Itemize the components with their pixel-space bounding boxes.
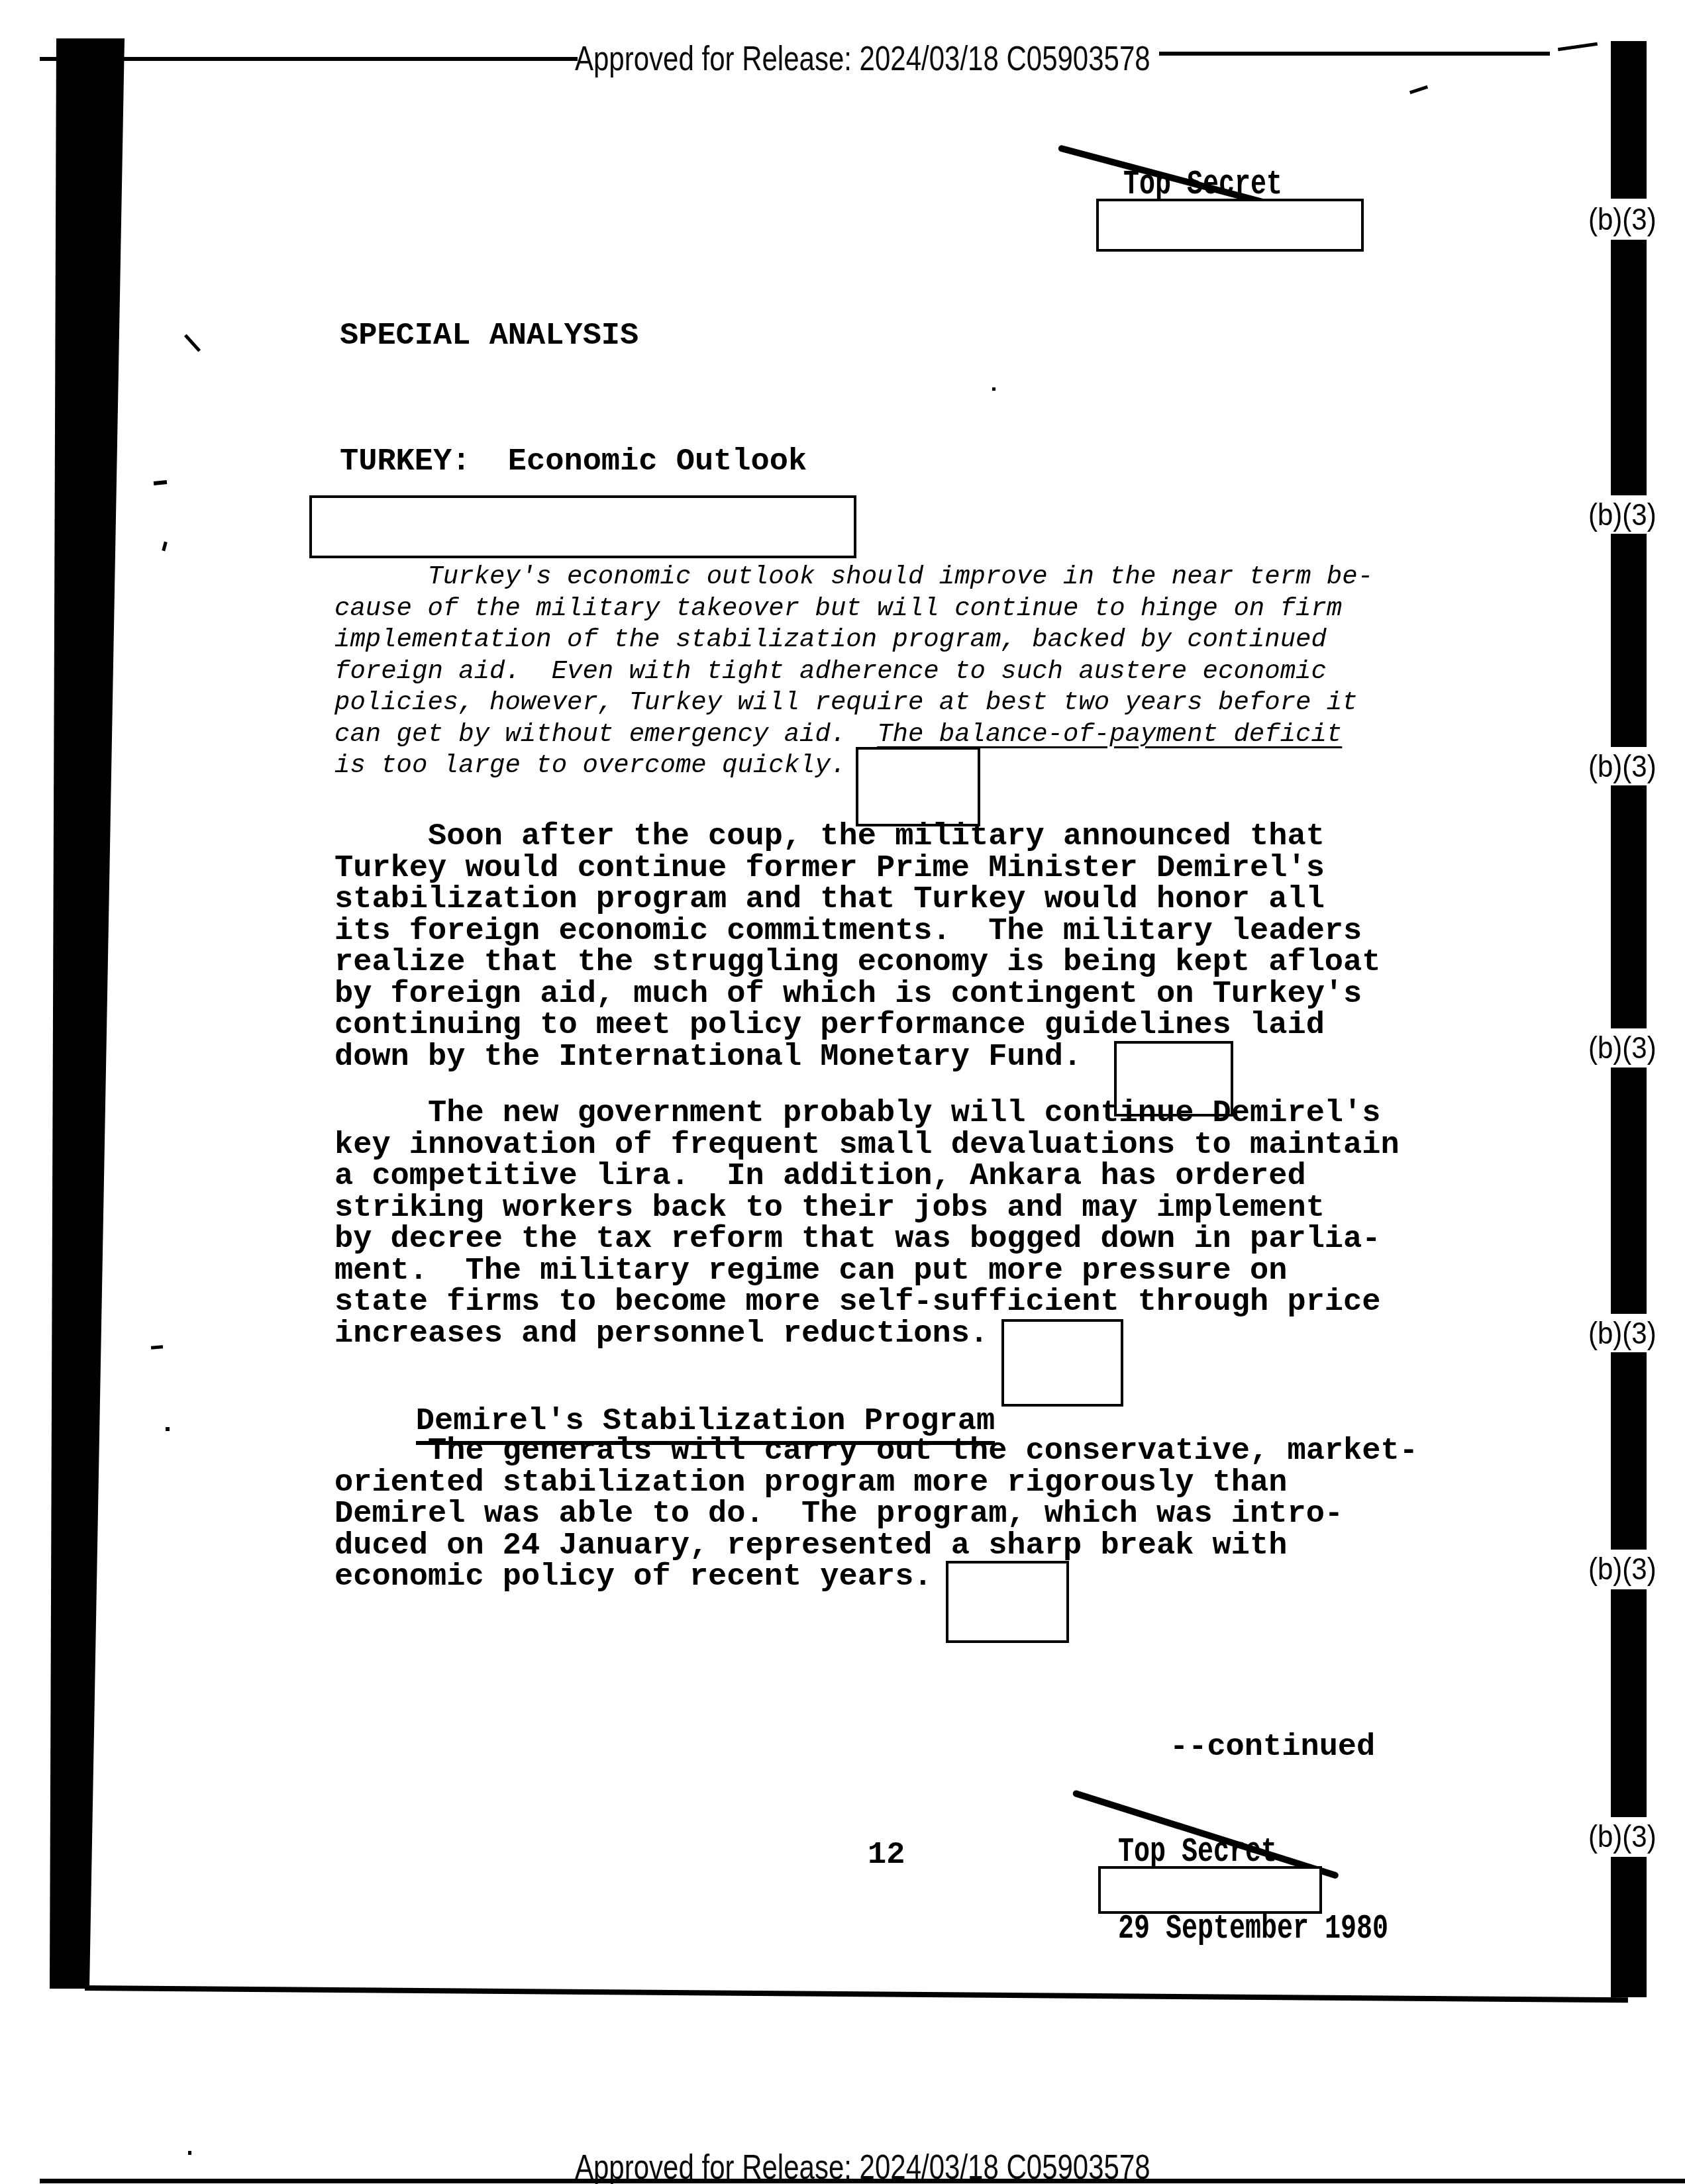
summary-line: is too large to overcome quickly.	[334, 750, 1373, 782]
right-redaction-bar-segment	[1611, 240, 1647, 495]
summary-line-text: can get by without emergency aid.	[334, 720, 877, 749]
body-line: its foreign economic commitments. The mi…	[334, 916, 1380, 948]
redaction-code-label: (b)(3)	[1588, 750, 1685, 783]
body-line: a competitive lira. In addition, Ankara …	[334, 1161, 1400, 1193]
right-redaction-bar-segment	[1611, 1352, 1647, 1550]
body-line: duced on 24 January, represented a sharp…	[334, 1530, 1418, 1562]
summary-line: foreign aid. Even with tight adherence t…	[334, 656, 1373, 688]
body-line: realize that the struggling economy is b…	[334, 947, 1380, 979]
body-line: ment. The military regime can put more p…	[334, 1256, 1400, 1287]
body-line: Turkey would continue former Prime Minis…	[334, 853, 1380, 885]
continued-label: --continued	[1170, 1732, 1375, 1763]
article-title: TURKEY: Economic Outlook	[340, 446, 807, 477]
scan-speck	[162, 542, 167, 552]
body-paragraph: The generals will carry out the conserva…	[334, 1436, 1418, 1593]
approval-header-text: Approved for Release: 2024/03/18 C059035…	[575, 38, 1150, 78]
scan-speck	[188, 2151, 191, 2155]
page-bottom-rule	[40, 2179, 1685, 2183]
scan-speck	[151, 1345, 163, 1350]
body-line: key innovation of frequent small devalua…	[334, 1130, 1400, 1162]
redaction-code-label: (b)(3)	[1588, 498, 1685, 532]
redaction-code-label: (b)(3)	[1588, 1552, 1685, 1586]
redaction-box	[856, 747, 980, 826]
body-line: economic policy of recent years.	[334, 1562, 1418, 1593]
body-line: by decree the tax reform that was bogged…	[334, 1224, 1400, 1256]
right-redaction-bar-segment	[1611, 785, 1647, 1028]
date-line: 29 September 1980	[1118, 1910, 1388, 1949]
body-line: Demirel was able to do. The program, whi…	[334, 1499, 1418, 1530]
redaction-code-label: (b)(3)	[1588, 1820, 1685, 1854]
scan-bottom-edge-line	[85, 1985, 1628, 2003]
header-rule-right	[1159, 52, 1550, 56]
redaction-code-label: (b)(3)	[1588, 203, 1685, 236]
body-line: continuing to meet policy performance gu…	[334, 1010, 1380, 1042]
body-line: The new government probably will continu…	[334, 1098, 1400, 1130]
scan-speck	[1409, 85, 1428, 94]
redaction-code-label: (b)(3)	[1588, 1316, 1685, 1350]
summary-line: policies, however, Turkey will require a…	[334, 687, 1373, 719]
page-number: 12	[868, 1840, 905, 1871]
redaction-box	[946, 1561, 1069, 1643]
scan-speck	[166, 1427, 170, 1431]
header-rule-fragment	[1558, 42, 1598, 51]
right-redaction-bar-segment	[1611, 1067, 1647, 1314]
document-page: Approved for Release: 2024/03/18 C059035…	[0, 0, 1685, 2184]
left-edge-scan-bar	[46, 38, 132, 1989]
redaction-box	[1096, 199, 1364, 252]
body-line: The generals will carry out the conserva…	[334, 1436, 1418, 1467]
summary-line: implementation of the stabilization prog…	[334, 624, 1373, 656]
body-paragraph: The new government probably will continu…	[334, 1098, 1400, 1350]
redaction-box	[1098, 1866, 1322, 1914]
body-line: by foreign aid, much of which is conting…	[334, 979, 1380, 1011]
body-line: stabilization program and that Turkey wo…	[334, 884, 1380, 916]
body-line: Soon after the coup, the military announ…	[334, 821, 1380, 853]
special-analysis-label: SPECIAL ANALYSIS	[340, 321, 638, 352]
redaction-code-label: (b)(3)	[1588, 1031, 1685, 1065]
right-redaction-bar-segment	[1611, 1857, 1647, 1997]
body-line: oriented stabilization program more rigo…	[334, 1467, 1418, 1499]
underlined-phrase: The balance-of-payment deficit	[877, 720, 1342, 749]
body-line: increases and personnel reductions.	[334, 1318, 1400, 1350]
right-redaction-bar-segment	[1611, 534, 1647, 747]
redaction-box	[1001, 1319, 1123, 1407]
body-paragraph: Soon after the coup, the military announ…	[334, 821, 1380, 1073]
summary-line: can get by without emergency aid. The ba…	[334, 719, 1373, 751]
summary-paragraph: Turkey's economic outlook should improve…	[334, 562, 1373, 782]
right-redaction-bar-segment	[1611, 1589, 1647, 1817]
scan-speck	[154, 480, 168, 485]
redaction-box	[309, 495, 856, 558]
summary-line: Turkey's economic outlook should improve…	[334, 562, 1373, 593]
scan-mark-backslash	[184, 334, 201, 352]
body-line: state firms to become more self-sufficie…	[334, 1287, 1400, 1318]
scan-speck	[992, 387, 996, 391]
summary-line: cause of the military takeover but will …	[334, 593, 1373, 625]
right-redaction-bar-segment	[1611, 41, 1647, 199]
body-line: striking workers back to their jobs and …	[334, 1193, 1400, 1224]
